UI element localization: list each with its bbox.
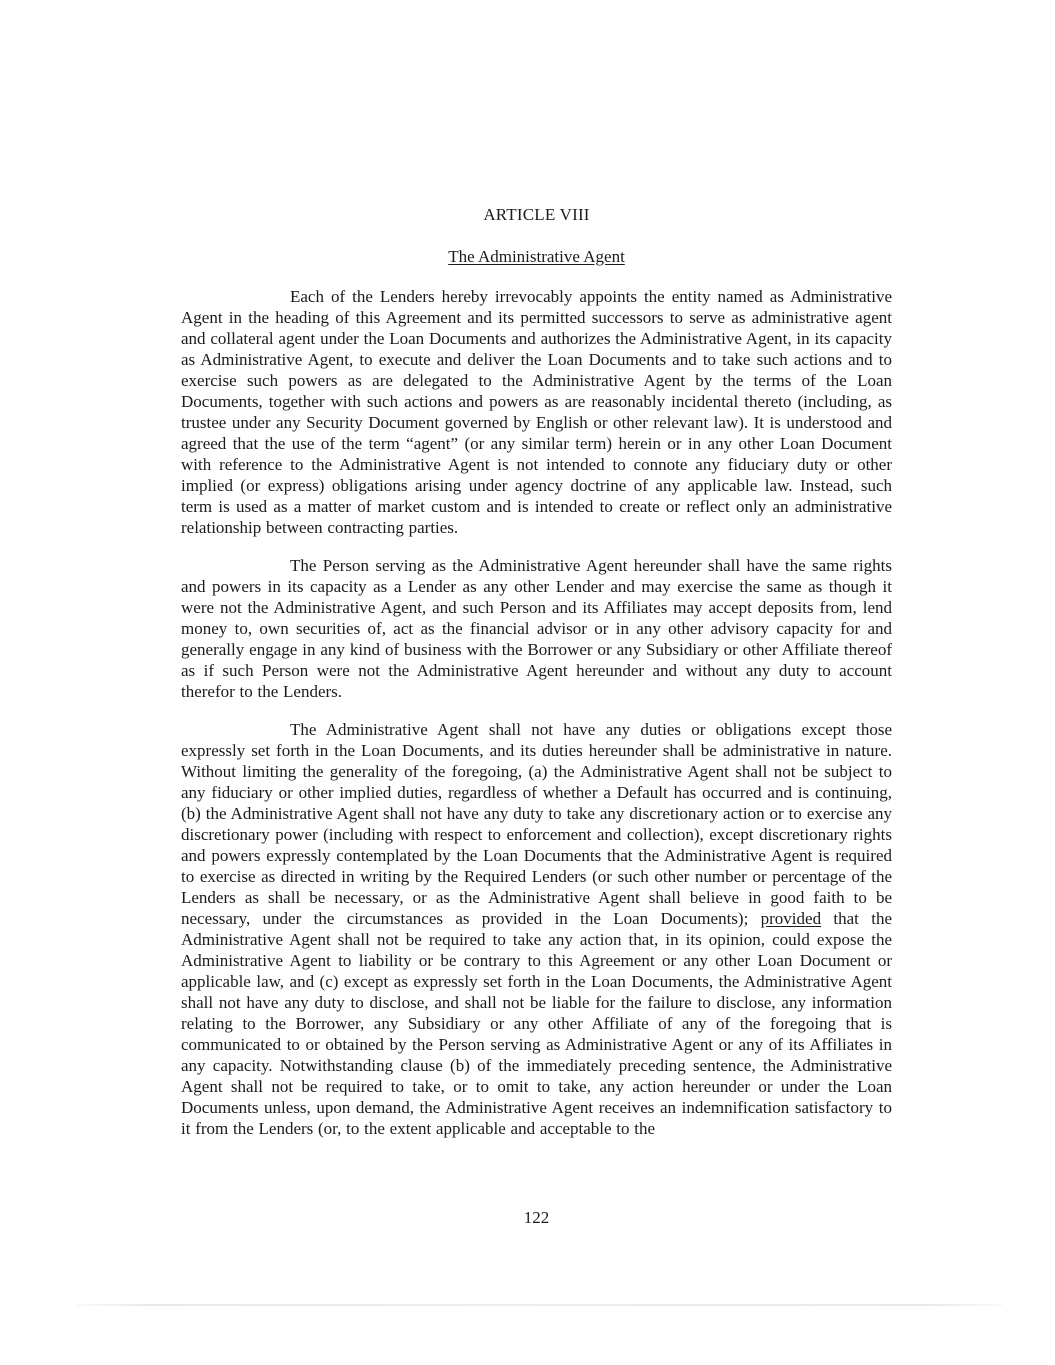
- document-content: ARTICLE VIII The Administrative Agent Ea…: [181, 204, 892, 1156]
- paragraph-3: The Administrative Agent shall not have …: [181, 719, 892, 1139]
- scan-artifact-line: [76, 1304, 1003, 1306]
- article-heading: ARTICLE VIII: [181, 204, 892, 225]
- paragraph-2: The Person serving as the Administrative…: [181, 555, 892, 702]
- section-title: The Administrative Agent: [181, 246, 892, 267]
- paragraph-1: Each of the Lenders hereby irrevocably a…: [181, 286, 892, 538]
- paragraph-3-part2: that the Administrative Agent shall not …: [181, 909, 892, 1138]
- section-title-text: The Administrative Agent: [448, 247, 625, 266]
- paragraph-3-part1: The Administrative Agent shall not have …: [181, 720, 892, 928]
- paragraph-3-provided-term: provided: [761, 909, 821, 928]
- page-number: 122: [181, 1207, 892, 1228]
- document-page: ARTICLE VIII The Administrative Agent Ea…: [0, 0, 1055, 1365]
